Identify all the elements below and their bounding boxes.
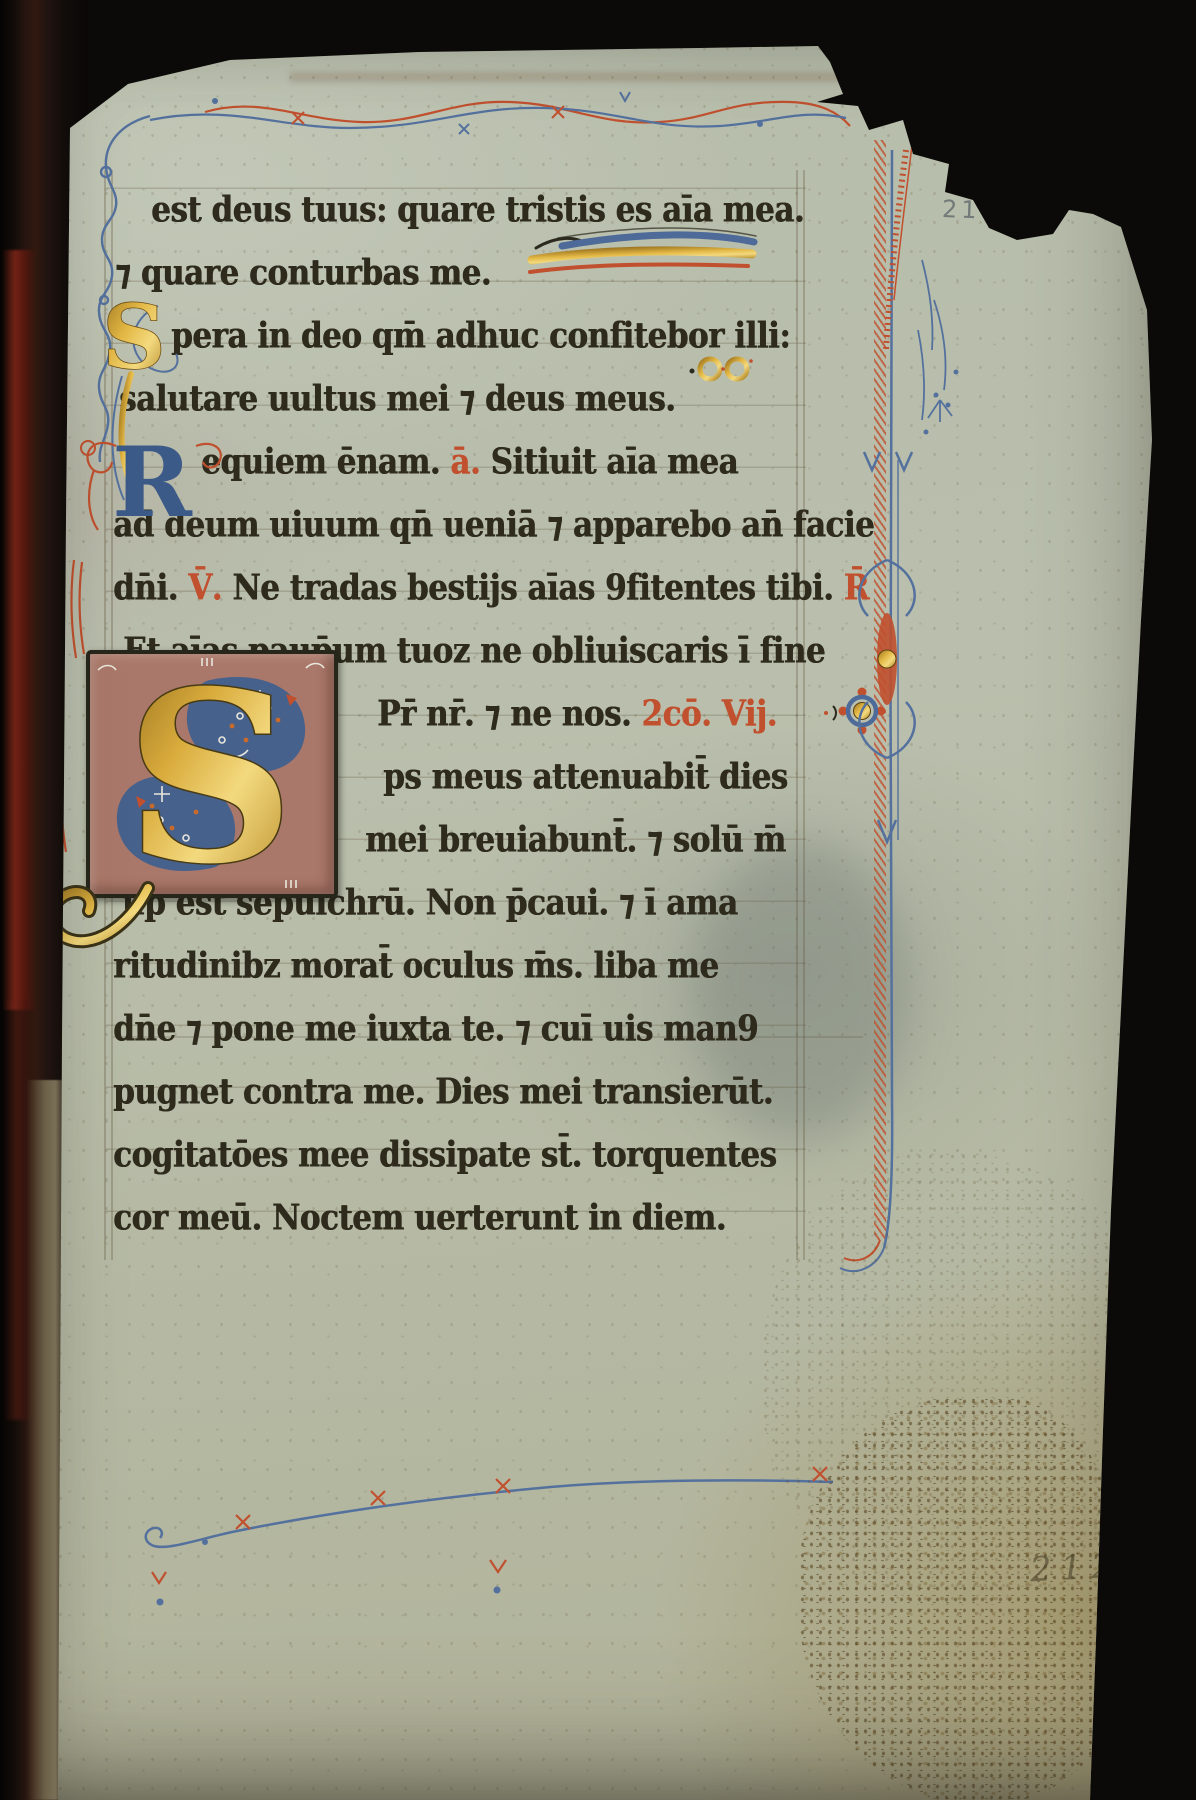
body-text: ad deum uiuum qn̄ ueniā ⁊ apparebo an̄ f…	[113, 504, 874, 545]
body-text: pugnet contra me. Dies mei transierūt.	[113, 1071, 773, 1112]
manuscript-line-14: dn̄e ⁊ pone me iuxta te. ⁊ cuī uis man9	[113, 993, 758, 1065]
body-text: est deus tuus: quare tristis es aīa mea.	[151, 189, 804, 230]
show-through-mark	[290, 72, 850, 82]
body-text: pera in deo qm̄ adhuc confitebor illi:	[171, 315, 790, 356]
body-text: Sitiuit aīa mea	[490, 441, 738, 482]
folio-number-top: 216	[942, 195, 1001, 225]
body-text: Pr̄ nr̄. ⁊ ne nos.	[377, 693, 641, 734]
manuscript-line-16: cogitatōes mee dissipate st̄. torquentes	[113, 1119, 776, 1191]
body-text: dn̄i.	[113, 567, 188, 608]
body-text: ps meus attenuabit̄ dies	[383, 756, 788, 797]
manuscript-line-4: salutare uultus mei ⁊ deus meus.	[119, 363, 675, 435]
illuminated-initial-s: S	[86, 650, 338, 898]
body-text: ritudinibz morat̄ oculus m̄s. liba me	[113, 945, 718, 986]
manuscript-line-9: Pr̄ nr̄. ⁊ ne nos. 2cō. Vij.	[377, 678, 777, 750]
illuminated-initial-s-art: S	[90, 654, 334, 894]
manuscript-line-5: equiem ēnam. ā. Sitiuit aīa mea	[201, 426, 738, 498]
manuscript-line-3: pera in deo qm̄ adhuc confitebor illi:	[171, 300, 790, 372]
body-text: mei breuiabunt̄. ⁊ solū m̄	[365, 819, 786, 860]
body-text: cor meū. Noctem uerterunt in diem.	[113, 1197, 726, 1238]
manuscript-line-15: pugnet contra me. Dies mei transierūt.	[113, 1056, 773, 1128]
body-text: Ne tradas bestijs aīas 9fitentes tibi.	[232, 567, 843, 608]
body-text: equiem ēnam.	[201, 441, 450, 482]
page-edges-red	[2, 250, 36, 1010]
rubric-text: ā.	[450, 441, 490, 482]
manuscript-line-10: ps meus attenuabit̄ dies	[383, 741, 788, 813]
right-border-red-feather	[874, 140, 886, 1240]
manuscript-line-2: ⁊ quare conturbas me.	[115, 237, 491, 309]
manuscript-line-1: est deus tuus: quare tristis es aīa mea.	[151, 174, 804, 246]
initial-letter-spiritus: S	[125, 654, 295, 894]
folio-number-bottom: 212	[1029, 1546, 1123, 1591]
body-text: salutare uultus mei ⁊ deus meus.	[119, 378, 675, 419]
manuscript-line-17: cor meū. Noctem uerterunt in diem.	[113, 1182, 726, 1254]
rubric-text: V̄.	[188, 567, 232, 608]
parchment-leaf: est deus tuus: quare tristis es aīa mea.…	[0, 0, 1196, 1800]
body-text: dn̄e ⁊ pone me iuxta te. ⁊ cuī uis man9	[113, 1008, 758, 1049]
rubric-text: 2cō. Vij.	[641, 693, 777, 734]
manuscript-line-7: dn̄i. V̄. Ne tradas bestijs aīas 9fitent…	[113, 552, 869, 624]
body-text: ⁊ quare conturbas me.	[115, 252, 491, 293]
manuscript-line-6: ad deum uiuum qn̄ ueniā ⁊ apparebo an̄ f…	[113, 489, 874, 561]
manuscript-photograph: est deus tuus: quare tristis es aīa mea.…	[0, 0, 1196, 1800]
foxing-speckles-dense	[798, 1396, 1134, 1800]
manuscript-line-13: ritudinibz morat̄ oculus m̄s. liba me	[113, 930, 718, 1002]
manuscript-line-11: mei breuiabunt̄. ⁊ solū m̄	[365, 804, 786, 876]
body-text: cogitatōes mee dissipate st̄. torquentes	[113, 1134, 776, 1175]
rubric-text: R̄	[844, 567, 869, 608]
